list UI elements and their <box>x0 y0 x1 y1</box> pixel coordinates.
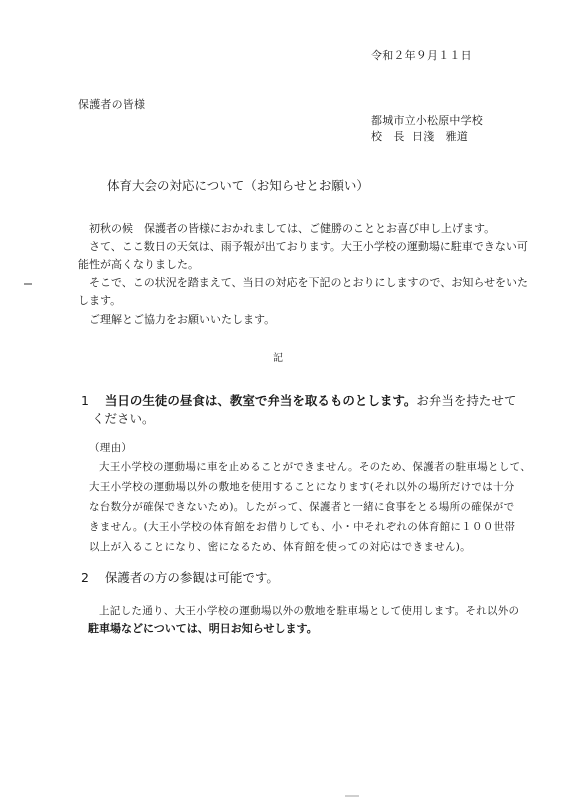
section-2-body-line: 上記した通り、大王小学校の運動場以外の敷地を駐車場として使用します。それ以外の <box>99 603 519 618</box>
section-1-title-cont: ください。 <box>92 409 155 427</box>
section-2-title: 保護者の方の参観は可能です。 <box>105 570 279 585</box>
intro-line: 能性が高くなりました。 <box>78 256 199 272</box>
intro-line: そこで、この状況を踏まえて、当日の対応を下記のとおりにしますので、お知らせをいた <box>89 274 528 290</box>
reason-line: きません。(大王小学校の体育館をお借りしても、小・中それぞれの体育館に１００世帯 <box>89 519 515 534</box>
reason-line: 大王小学校の運動場に車を止めることができません。そのため、保護者の駐車場として、 <box>99 459 531 474</box>
section-1-number: 1 <box>81 393 89 408</box>
kigo-mark: 記 <box>273 349 283 364</box>
document-title: 体育大会の対応について（お知らせとお願い） <box>107 176 369 194</box>
recipient: 保護者の皆様 <box>78 96 145 112</box>
intro-line: 初秋の候 保護者の皆様におかれましては、ご健勝のこととお喜び申し上げます。 <box>89 220 495 236</box>
section-2-body-bold: 駐車場などについては、明日お知らせします。 <box>88 620 318 636</box>
document-date: 令和２年９月１１日 <box>371 47 472 63</box>
principal-name: 日淺 雅道 <box>412 128 468 144</box>
section-1-title-normal: お弁当を持たせて <box>416 393 516 408</box>
principal-title: 校 長 <box>371 128 405 144</box>
principal: 校 長 日淺 雅道 <box>371 128 468 144</box>
reason-label: （理由） <box>89 440 132 455</box>
scan-mark <box>24 283 32 285</box>
section-1-heading: 1 当日の生徒の昼食は、教室で弁当を取るものとします。お弁当を持たせて <box>81 391 516 409</box>
section-2-number: 2 <box>81 570 89 585</box>
intro-line: ご理解とご協力をお願いいたします。 <box>89 311 275 327</box>
section-1-title-bold: 当日の生徒の昼食は、教室で弁当を取るものとします。 <box>105 393 417 408</box>
intro-line: さて、ここ数日の天気は、雨予報が出ております。大王小学校の運動場に駐車できない可 <box>89 238 528 254</box>
reason-line: 以上が入ることになり、密になるため、体育館を使っての対応はできません)。 <box>89 539 471 554</box>
school-name: 都城市立小松原中学校 <box>371 112 483 128</box>
intro-line: します。 <box>78 292 121 308</box>
reason-line: な台数分が確保できないため)。したがって、保護者と一緒に食事をとる場所の確保がで <box>89 499 514 514</box>
scan-mark <box>345 795 359 797</box>
section-2-heading: 2 保護者の方の参観は可能です。 <box>81 568 279 586</box>
reason-line: 大王小学校の運動場以外の敷地を使用することになります(それ以外の場所だけでは十分 <box>89 479 515 494</box>
